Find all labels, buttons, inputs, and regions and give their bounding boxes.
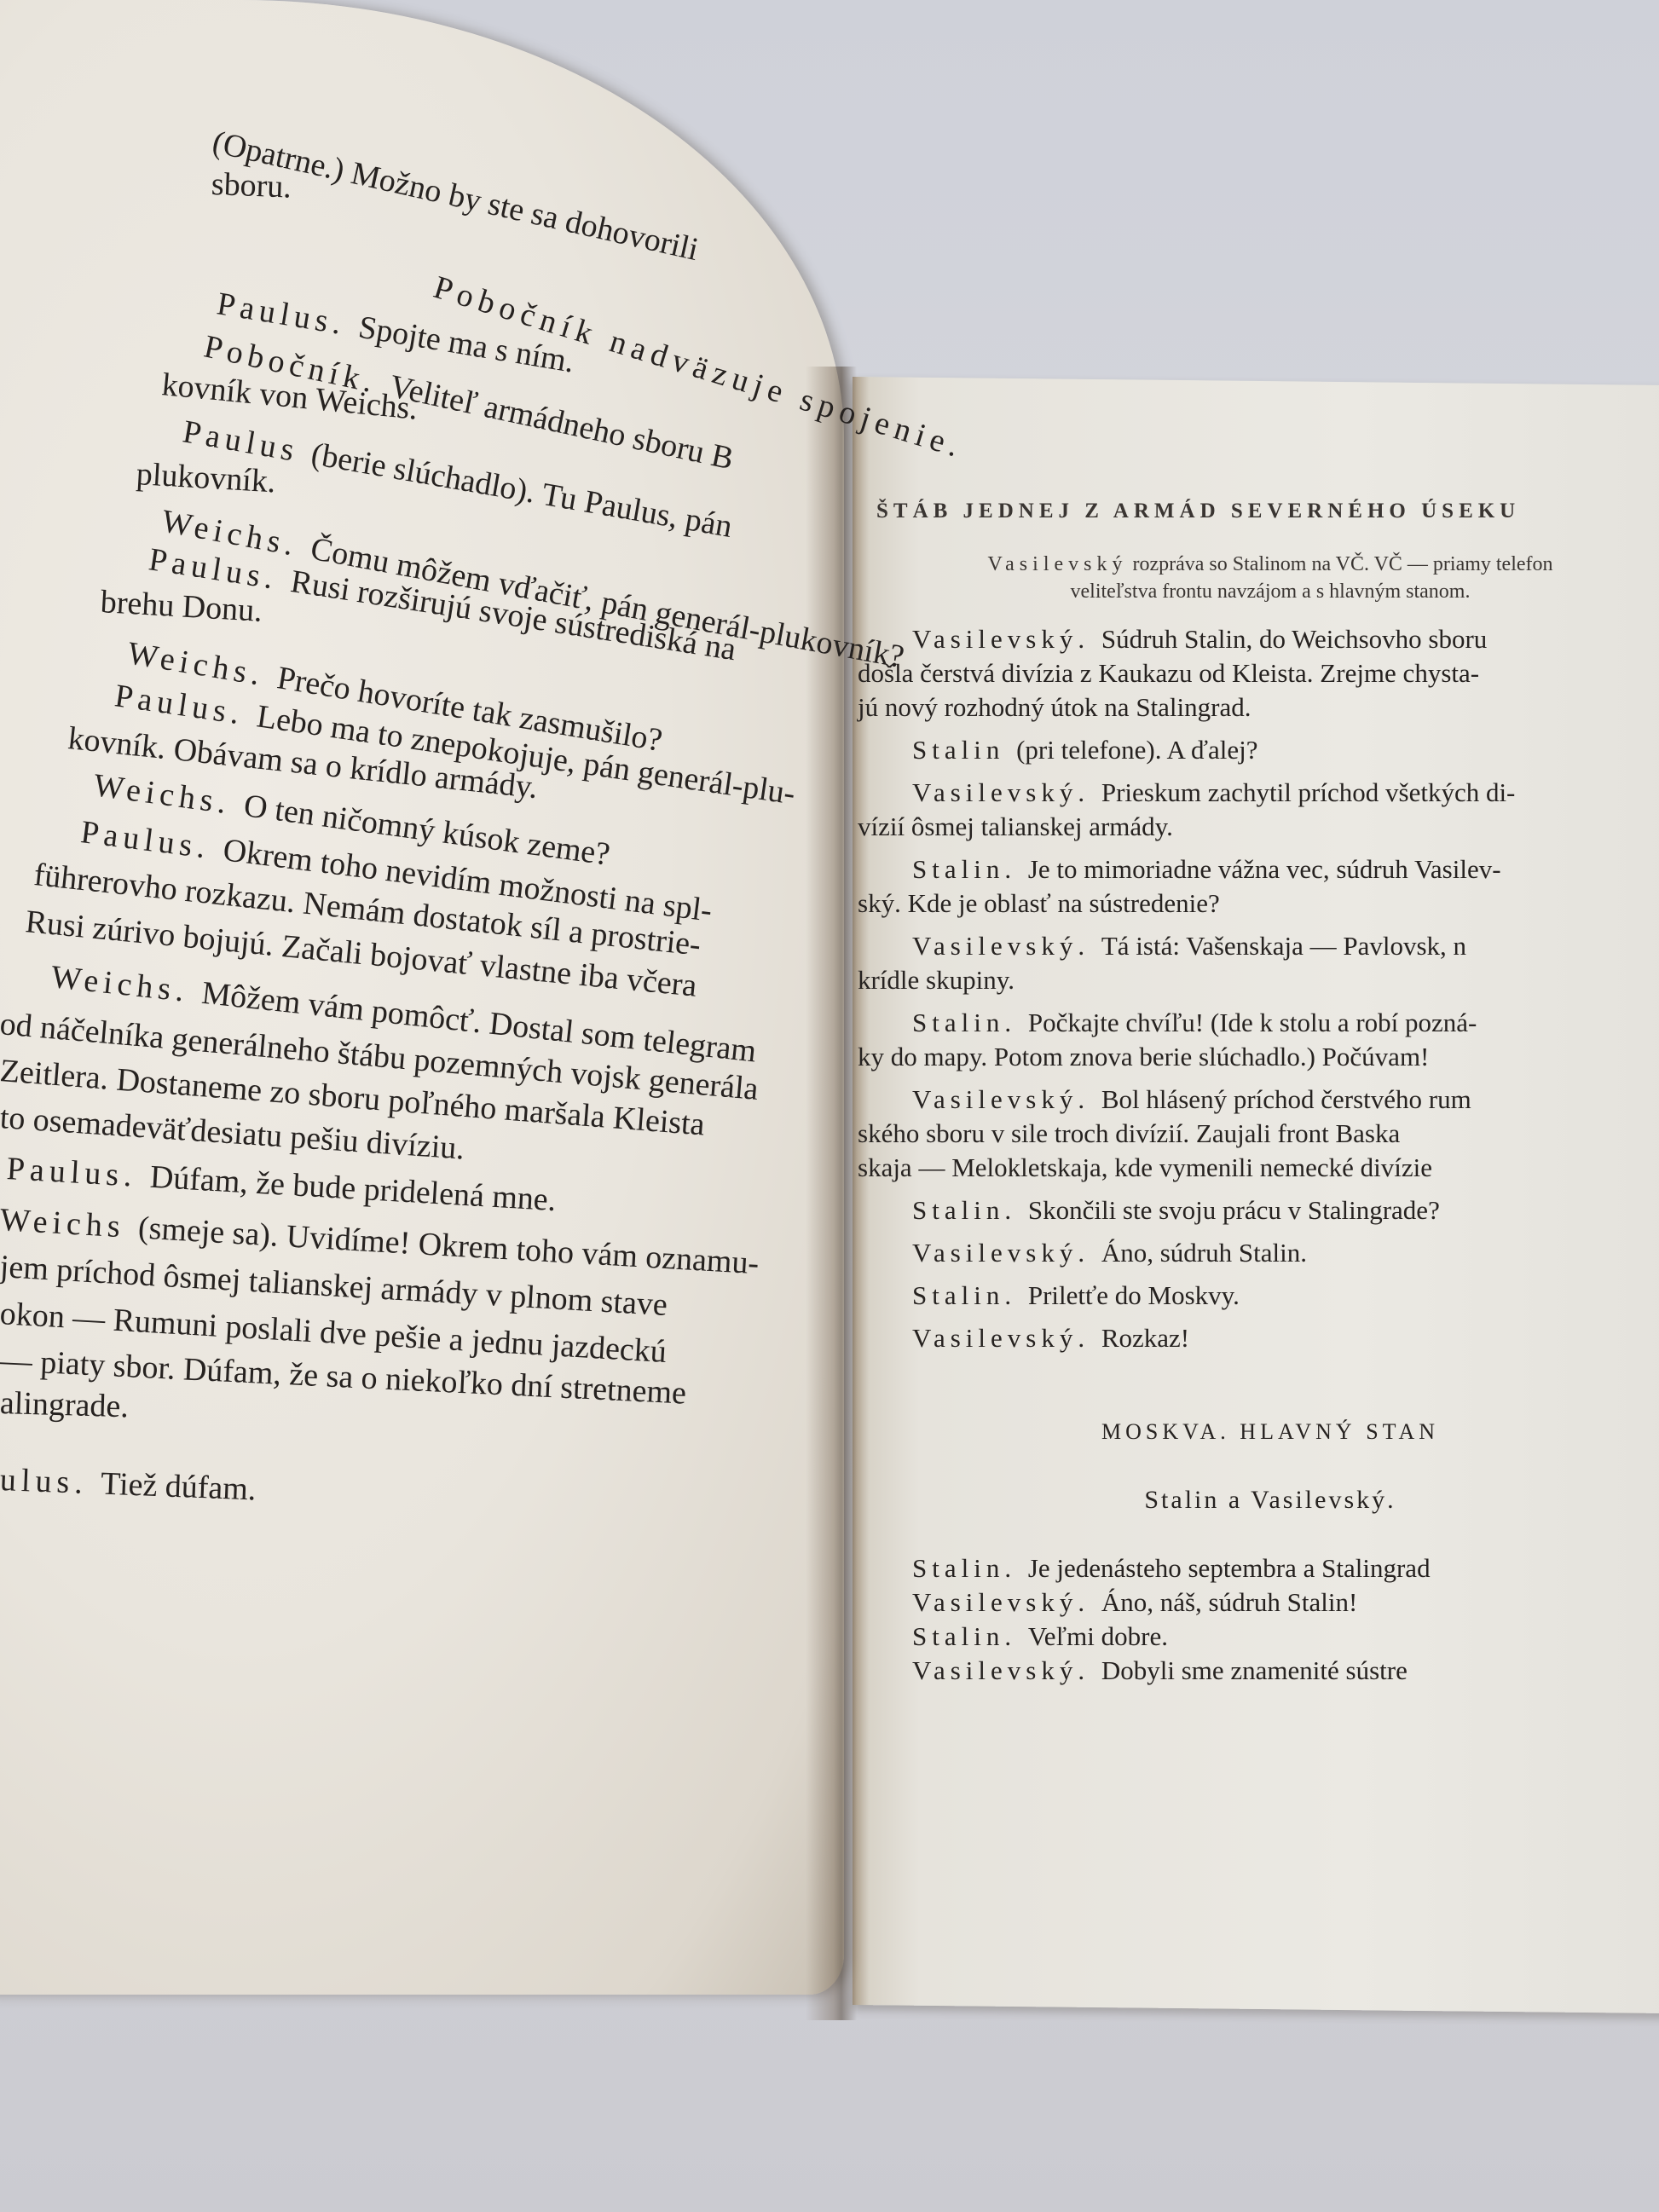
line-text: alingrade. bbox=[0, 1385, 129, 1424]
dialogue-line: Vasilevský. Áno, súdruh Stalin. bbox=[912, 1236, 1659, 1270]
dialogue-line: ský. Kde je oblasť na sústredenie? bbox=[858, 887, 1659, 921]
speaker-name: Stalin. bbox=[912, 1553, 1028, 1583]
dialogue-entry: Vasilevský. Áno, náš, súdruh Stalin! bbox=[912, 1585, 1659, 1620]
dialogue-line: Stalin. Počkajte chvíľu! (Ide k stolu a … bbox=[912, 1006, 1659, 1040]
dialogue-line: Stalin. Je jedenásteho septembra a Stali… bbox=[912, 1551, 1659, 1585]
speaker-name: Stalin. bbox=[912, 1621, 1028, 1651]
dialogue-line: Vasilevský. Áno, náš, súdruh Stalin! bbox=[912, 1585, 1659, 1620]
dialogue-line: Stalin. Je to mimoriadne vážna vec, súdr… bbox=[912, 852, 1659, 887]
speaker-name: Vasilevský. bbox=[912, 1323, 1101, 1353]
dialogue-line: Vasilevský. Tá istá: Vašenskaja — Pavlov… bbox=[912, 929, 1659, 963]
dialogue-entry: Stalin. Je to mimoriadne vážna vec, súdr… bbox=[912, 852, 1659, 921]
speaker-name: Paulus. bbox=[6, 1151, 151, 1195]
dialogue-line: Vasilevský. Bol hlásený príchod čerstvéh… bbox=[912, 1083, 1659, 1117]
speaker-name: Weichs. bbox=[49, 959, 204, 1011]
dialogue-entry: Vasilevský. Bol hlásený príchod čerstvéh… bbox=[912, 1083, 1659, 1185]
dialogue-entry: Vasilevský. Áno, súdruh Stalin. bbox=[912, 1236, 1659, 1270]
stage-direction: Vasilevský rozpráva so Stalinom na VČ. V… bbox=[878, 551, 1659, 605]
dialogue-line: vízií ôsmej talianskej armády. bbox=[858, 810, 1659, 844]
speaker-name: Vasilevský. bbox=[912, 1587, 1101, 1617]
dialogue-line: Vasilevský. Rozkaz! bbox=[912, 1321, 1659, 1355]
stage-direction-line: rozpráva so Stalinom na VČ. VČ — priamy … bbox=[1132, 553, 1552, 575]
line-text: sboru. bbox=[211, 166, 292, 205]
scene-heading: ŠTÁB JEDNEJ Z ARMÁD SEVERNÉHO ÚSEKU bbox=[876, 494, 1659, 528]
left-page-line: ulus. Tiež dúfam. bbox=[0, 1458, 257, 1512]
speaker-name: Vasilevský. bbox=[912, 624, 1101, 654]
dialogue-line: došla čerstvá divízia z Kaukazu od Kleis… bbox=[858, 656, 1659, 690]
dialogue-block-2: Stalin. Je jedenásteho septembra a Stali… bbox=[912, 1551, 1659, 1688]
speaker-name: Vasilevský. bbox=[912, 1084, 1101, 1114]
speaker-name: Stalin. bbox=[912, 1195, 1028, 1225]
left-page-text: (Opatrne.) Možno by ste sa dohovorilisbo… bbox=[0, 0, 853, 1961]
dialogue-entry: Vasilevský. Dobyli sme znamenité sústre bbox=[912, 1654, 1659, 1688]
section-title: MOSKVA. HLAVNÝ STAN bbox=[878, 1415, 1659, 1449]
speaker-name: Vasilevský. bbox=[912, 777, 1101, 807]
speaker-name: ulus. bbox=[0, 1462, 101, 1502]
speaker-name: Vasilevský. bbox=[912, 931, 1101, 961]
dialogue-line: Stalin. Priletťe do Moskvy. bbox=[912, 1279, 1659, 1313]
line-text: plukovník. bbox=[136, 456, 277, 500]
dialogue-line: Stalin. Veľmi dobre. bbox=[912, 1620, 1659, 1654]
stage-direction-speaker: Vasilevský bbox=[987, 553, 1127, 575]
dialogue-line: Stalin (pri telefone). A ďalej? bbox=[912, 733, 1659, 767]
dialogue-entry: Vasilevský. Prieskum zachytil príchod vš… bbox=[912, 776, 1659, 844]
line-text: Tiež dúfam. bbox=[100, 1466, 257, 1508]
dialogue-entry: Stalin. Je jedenásteho septembra a Stali… bbox=[912, 1551, 1659, 1585]
dialogue-entry: Vasilevský. Súdruh Stalin, do Weichsovho… bbox=[912, 622, 1659, 725]
left-page-line: alingrade. bbox=[0, 1381, 130, 1429]
dialogue-line: jú nový rozhodný útok na Stalingrad. bbox=[858, 690, 1659, 725]
speaker-name: Weichs bbox=[0, 1202, 139, 1245]
left-page-line: plukovník. bbox=[136, 452, 277, 504]
right-page-text: ŠTÁB JEDNEJ Z ARMÁD SEVERNÉHO ÚSEKU Vasi… bbox=[912, 494, 1659, 1688]
line-text: brehu Donu. bbox=[100, 584, 263, 629]
left-page-line: sboru. bbox=[211, 162, 292, 210]
dialogue-entry: Stalin. Skončili ste svoju prácu v Stali… bbox=[912, 1193, 1659, 1227]
speaker-name: Stalin. bbox=[912, 1280, 1028, 1310]
dialogue-entry: Vasilevský. Tá istá: Vašenskaja — Pavlov… bbox=[912, 929, 1659, 997]
speaker-name: Stalin bbox=[912, 735, 1016, 765]
dialogue-line: Vasilevský. Súdruh Stalin, do Weichsovho… bbox=[912, 622, 1659, 656]
dialogue-line: Vasilevský. Dobyli sme znamenité sústre bbox=[912, 1654, 1659, 1688]
speaker-name: Stalin. bbox=[912, 1008, 1028, 1037]
dialogue-entry: Stalin. Veľmi dobre. bbox=[912, 1620, 1659, 1654]
dialogue-block-1: Vasilevský. Súdruh Stalin, do Weichsovho… bbox=[912, 622, 1659, 1355]
dialogue-entry: Vasilevský. Rozkaz! bbox=[912, 1321, 1659, 1355]
speaker-name: Stalin. bbox=[912, 854, 1028, 884]
dialogue-line: Vasilevský. Prieskum zachytil príchod vš… bbox=[912, 776, 1659, 810]
dialogue-entry: Stalin. Počkajte chvíľu! (Ide k stolu a … bbox=[912, 1006, 1659, 1074]
left-page-line: brehu Donu. bbox=[100, 580, 264, 633]
dialogue-line: Stalin. Skončili ste svoju prácu v Stali… bbox=[912, 1193, 1659, 1227]
speaker-name: Vasilevský. bbox=[912, 1238, 1101, 1268]
cast-line: Stalin a Vasilevský. bbox=[878, 1483, 1659, 1517]
dialogue-line: ky do mapy. Potom znova berie slúchadlo.… bbox=[858, 1040, 1659, 1074]
dialogue-line: skaja — Melokletskaja, kde vymenili neme… bbox=[858, 1151, 1659, 1185]
dialogue-entry: Stalin (pri telefone). A ďalej? bbox=[912, 733, 1659, 767]
speaker-name: Vasilevský. bbox=[912, 1655, 1101, 1685]
dialogue-line: ského sboru v sile troch divízií. Zaujal… bbox=[858, 1117, 1659, 1151]
dialogue-entry: Stalin. Priletťe do Moskvy. bbox=[912, 1279, 1659, 1313]
dialogue-line: krídle skupiny. bbox=[858, 963, 1659, 997]
stage-direction-line: veliteľstva frontu navzájom a s hlavným … bbox=[878, 578, 1659, 605]
